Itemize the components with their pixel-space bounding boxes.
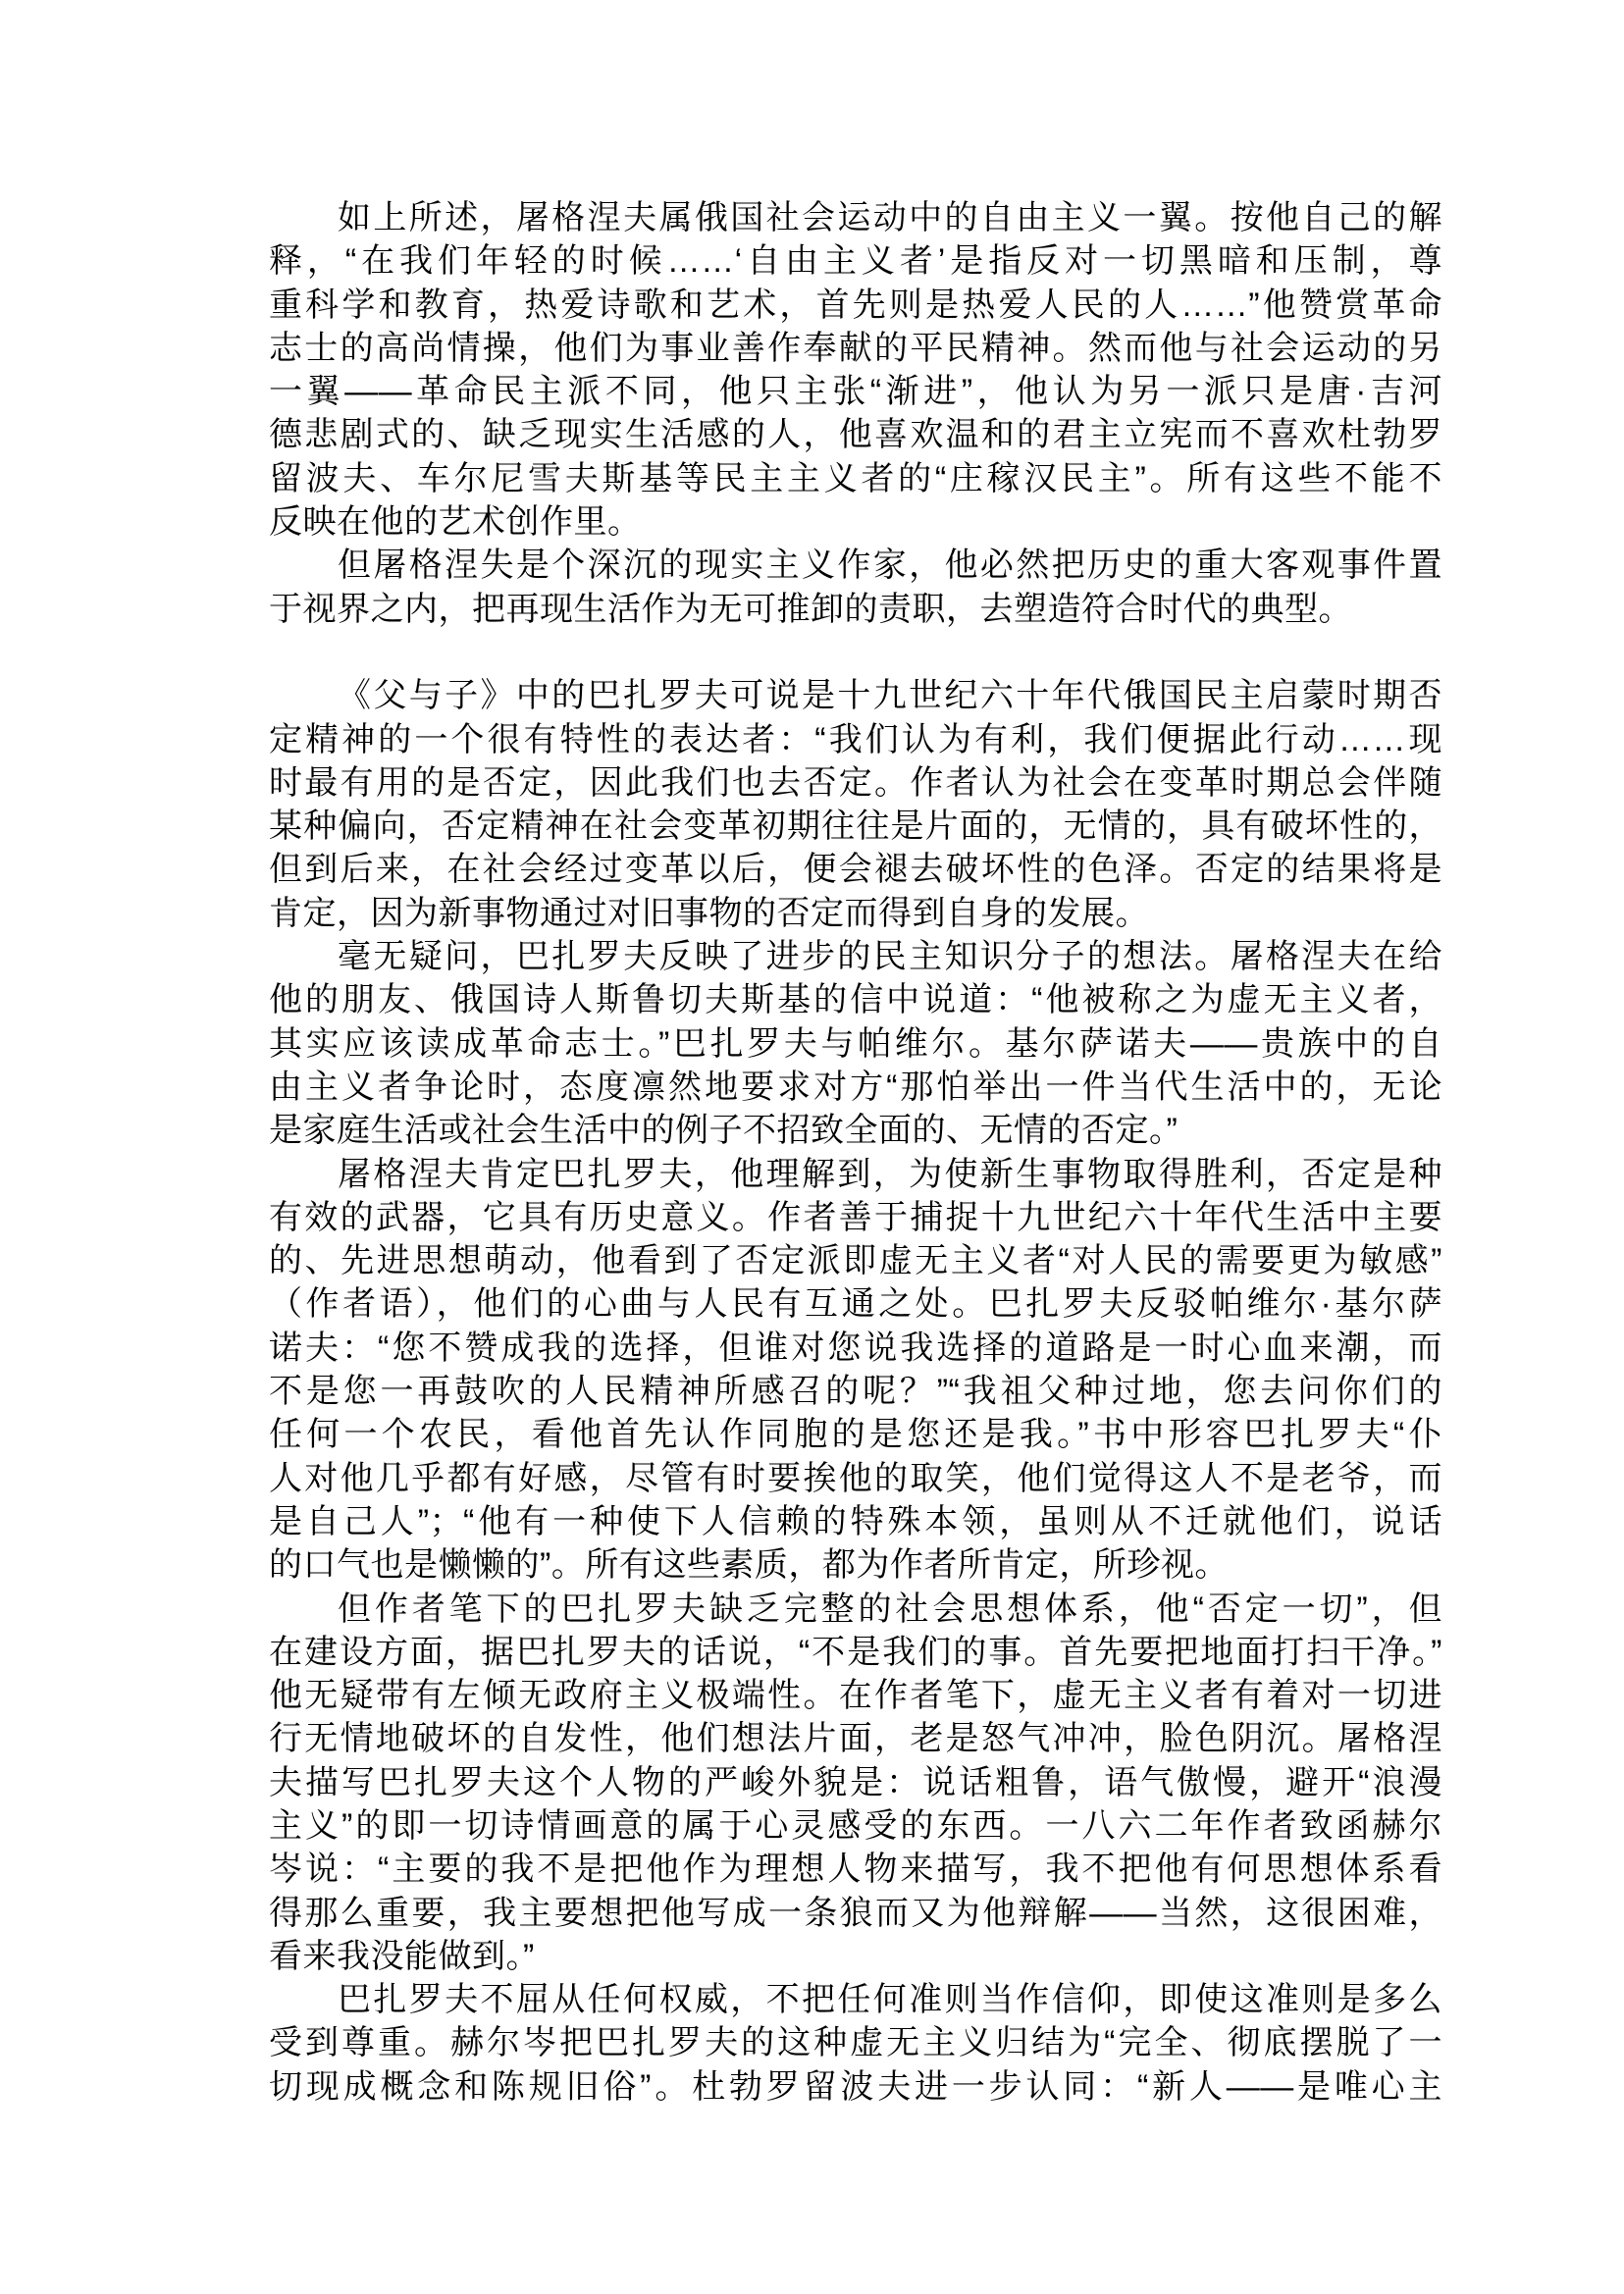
text-line: 的口气也是懒懒的”。所有这些素质，都为作者所肯定，所珍视。 — [269, 1543, 1442, 1587]
text-block: 如上所述，屠格涅夫属俄国社会运动中的自由主义一翼。按他自己的解释，“在我们年轻的… — [269, 196, 1442, 2109]
text-line: 切现成概念和陈规旧俗”。杜勃罗留波夫进一步认同：“新人——是唯心主 — [269, 2065, 1442, 2109]
text-line: 德悲剧式的、缺乏现实生活感的人，他喜欢温和的君主立宪而不喜欢杜勃罗 — [269, 413, 1442, 456]
text-line: 时最有用的是否定，因此我们也去否定。作者认为社会在变革时期总会伴随 — [269, 761, 1442, 805]
text-line: 某种偏向，否定精神在社会变革初期往往是片面的，无情的，具有破坏性的， — [269, 805, 1442, 848]
text-line: 他无疑带有左倾无政府主义极端性。在作者笔下，虚无主义者有着对一切进 — [269, 1674, 1442, 1717]
text-line: 但作者笔下的巴扎罗夫缺乏完整的社会思想体系，他“否定一切”，但 — [269, 1588, 1442, 1631]
text-line: 重科学和教育，热爱诗歌和艺术，首先则是热爱人民的人……”他赞赏革命 — [269, 284, 1442, 327]
text-line: 由主义者争论时，态度凛然地要求对方“那怕举出一件当代生活中的，无论 — [269, 1066, 1442, 1109]
text-line: 在建设方面，据巴扎罗夫的话说，“不是我们的事。首先要把地面打扫干净。” — [269, 1631, 1442, 1674]
text-line: 行无情地破坏的自发性，他们想法片面，老是怒气冲冲，脸色阴沉。屠格涅 — [269, 1717, 1442, 1760]
document-page: 如上所述，屠格涅夫属俄国社会运动中的自由主义一翼。按他自己的解释，“在我们年轻的… — [0, 0, 1624, 2294]
paragraph: 如上所述，屠格涅夫属俄国社会运动中的自由主义一翼。按他自己的解释，“在我们年轻的… — [269, 196, 1442, 544]
text-line: 留波夫、车尔尼雪夫斯基等民主主义者的“庄稼汉民主”。所有这些不能不 — [269, 457, 1442, 500]
text-line: 任何一个农民，看他首先认作同胞的是您还是我。”书中形容巴扎罗夫“仆 — [269, 1413, 1442, 1456]
text-line: 反映在他的艺术创作里。 — [269, 500, 1442, 544]
text-line: 《父与子》中的巴扎罗夫可说是十九世纪六十年代俄国民主启蒙时期否 — [269, 674, 1442, 717]
text-line: 诺夫：“您不赞成我的选择，但谁对您说我选择的道路是一时心血来潮，而 — [269, 1327, 1442, 1370]
text-line: 的、先进思想萌动，他看到了否定派即虚无主义者“对人民的需要更为敏感” — [269, 1239, 1442, 1282]
text-line: 岑说：“主要的我不是把他作为理想人物来描写，我不把他有何思想体系看 — [269, 1848, 1442, 1891]
text-line: 人对他几乎都有好感，尽管有时要挨他的取笑，他们觉得这人不是老爷，而 — [269, 1457, 1442, 1500]
text-line: 是自己人”；“他有一种使下人信赖的特殊本领，虽则从不迁就他们，说话 — [269, 1500, 1442, 1543]
text-line: 受到尊重。赫尔岑把巴扎罗夫的这种虚无主义归结为“完全、彻底摆脱了一 — [269, 2021, 1442, 2064]
paragraph: 毫无疑问，巴扎罗夫反映了进步的民主知识分子的想法。屠格涅夫在给他的朋友、俄国诗人… — [269, 935, 1442, 1152]
paragraph: 但屠格涅失是个深沉的现实主义作家，他必然把历史的重大客观事件置于视界之内，把再现… — [269, 544, 1442, 631]
text-line: 有效的武器，它具有历史意义。作者善于捕捉十九世纪六十年代生活中主要 — [269, 1196, 1442, 1239]
text-line: 释，“在我们年轻的时候……‘自由主义者’是指反对一切黑暗和压制，尊 — [269, 239, 1442, 283]
paragraph-spacer — [269, 631, 1442, 674]
text-line: 是家庭生活或社会生活中的例子不招致全面的、无情的否定。” — [269, 1109, 1442, 1152]
text-line: 巴扎罗夫不屈从任何权威，不把任何准则当作信仰，即使这准则是多么 — [269, 1978, 1442, 2021]
text-line: 夫描写巴扎罗夫这个人物的严峻外貌是：说话粗鲁，语气傲慢，避开“浪漫 — [269, 1761, 1442, 1804]
text-line: 看来我没能做到。” — [269, 1935, 1442, 1978]
text-line: 志士的高尚情操，他们为事业善作奉献的平民精神。然而他与社会运动的另 — [269, 327, 1442, 370]
text-line: 于视界之内，把再现生活作为无可推卸的责职，去塑造符合时代的典型。 — [269, 588, 1442, 631]
text-line: 肯定，因为新事物通过对旧事物的否定而得到自身的发展。 — [269, 892, 1442, 935]
paragraph: 屠格涅夫肯定巴扎罗夫，他理解到，为使新生事物取得胜利，否定是种有效的武器，它具有… — [269, 1153, 1442, 1588]
text-line: 定精神的一个很有特性的表达者：“我们认为有利，我们便据此行动……现 — [269, 718, 1442, 761]
text-line: 一翼——革命民主派不同，他只主张“渐进”，他认为另一派只是唐·吉河 — [269, 370, 1442, 413]
text-line: 其实应该读成革命志士。”巴扎罗夫与帕维尔。基尔萨诺夫——贵族中的自 — [269, 1022, 1442, 1066]
text-line: 他的朋友、俄国诗人斯鲁切夫斯基的信中说道：“他被称之为虚无主义者， — [269, 978, 1442, 1021]
text-line: 屠格涅夫肯定巴扎罗夫，他理解到，为使新生事物取得胜利，否定是种 — [269, 1153, 1442, 1196]
text-line: （作者语），他们的心曲与人民有互通之处。巴扎罗夫反驳帕维尔·基尔萨 — [269, 1282, 1442, 1326]
text-line: 但屠格涅失是个深沉的现实主义作家，他必然把历史的重大客观事件置 — [269, 544, 1442, 587]
text-line: 不是您一再鼓吹的人民精神所感召的呢？”“我祖父种过地，您去问你们的 — [269, 1370, 1442, 1413]
paragraph: 但作者笔下的巴扎罗夫缺乏完整的社会思想体系，他“否定一切”，但在建设方面，据巴扎… — [269, 1588, 1442, 1979]
paragraph: 《父与子》中的巴扎罗夫可说是十九世纪六十年代俄国民主启蒙时期否定精神的一个很有特… — [269, 674, 1442, 935]
text-line: 毫无疑问，巴扎罗夫反映了进步的民主知识分子的想法。屠格涅夫在给 — [269, 935, 1442, 978]
text-line: 如上所述，屠格涅夫属俄国社会运动中的自由主义一翼。按他自己的解 — [269, 196, 1442, 239]
text-line: 但到后来，在社会经过变革以后，便会褪去破坏性的色泽。否定的结果将是 — [269, 848, 1442, 891]
text-line: 得那么重要，我主要想把他写成一条狼而又为他辩解——当然，这很困难， — [269, 1892, 1442, 1935]
text-line: 主义”的即一切诗情画意的属于心灵感受的东西。一八六二年作者致函赫尔 — [269, 1804, 1442, 1848]
paragraph: 巴扎罗夫不屈从任何权威，不把任何准则当作信仰，即使这准则是多么受到尊重。赫尔岑把… — [269, 1978, 1442, 2109]
